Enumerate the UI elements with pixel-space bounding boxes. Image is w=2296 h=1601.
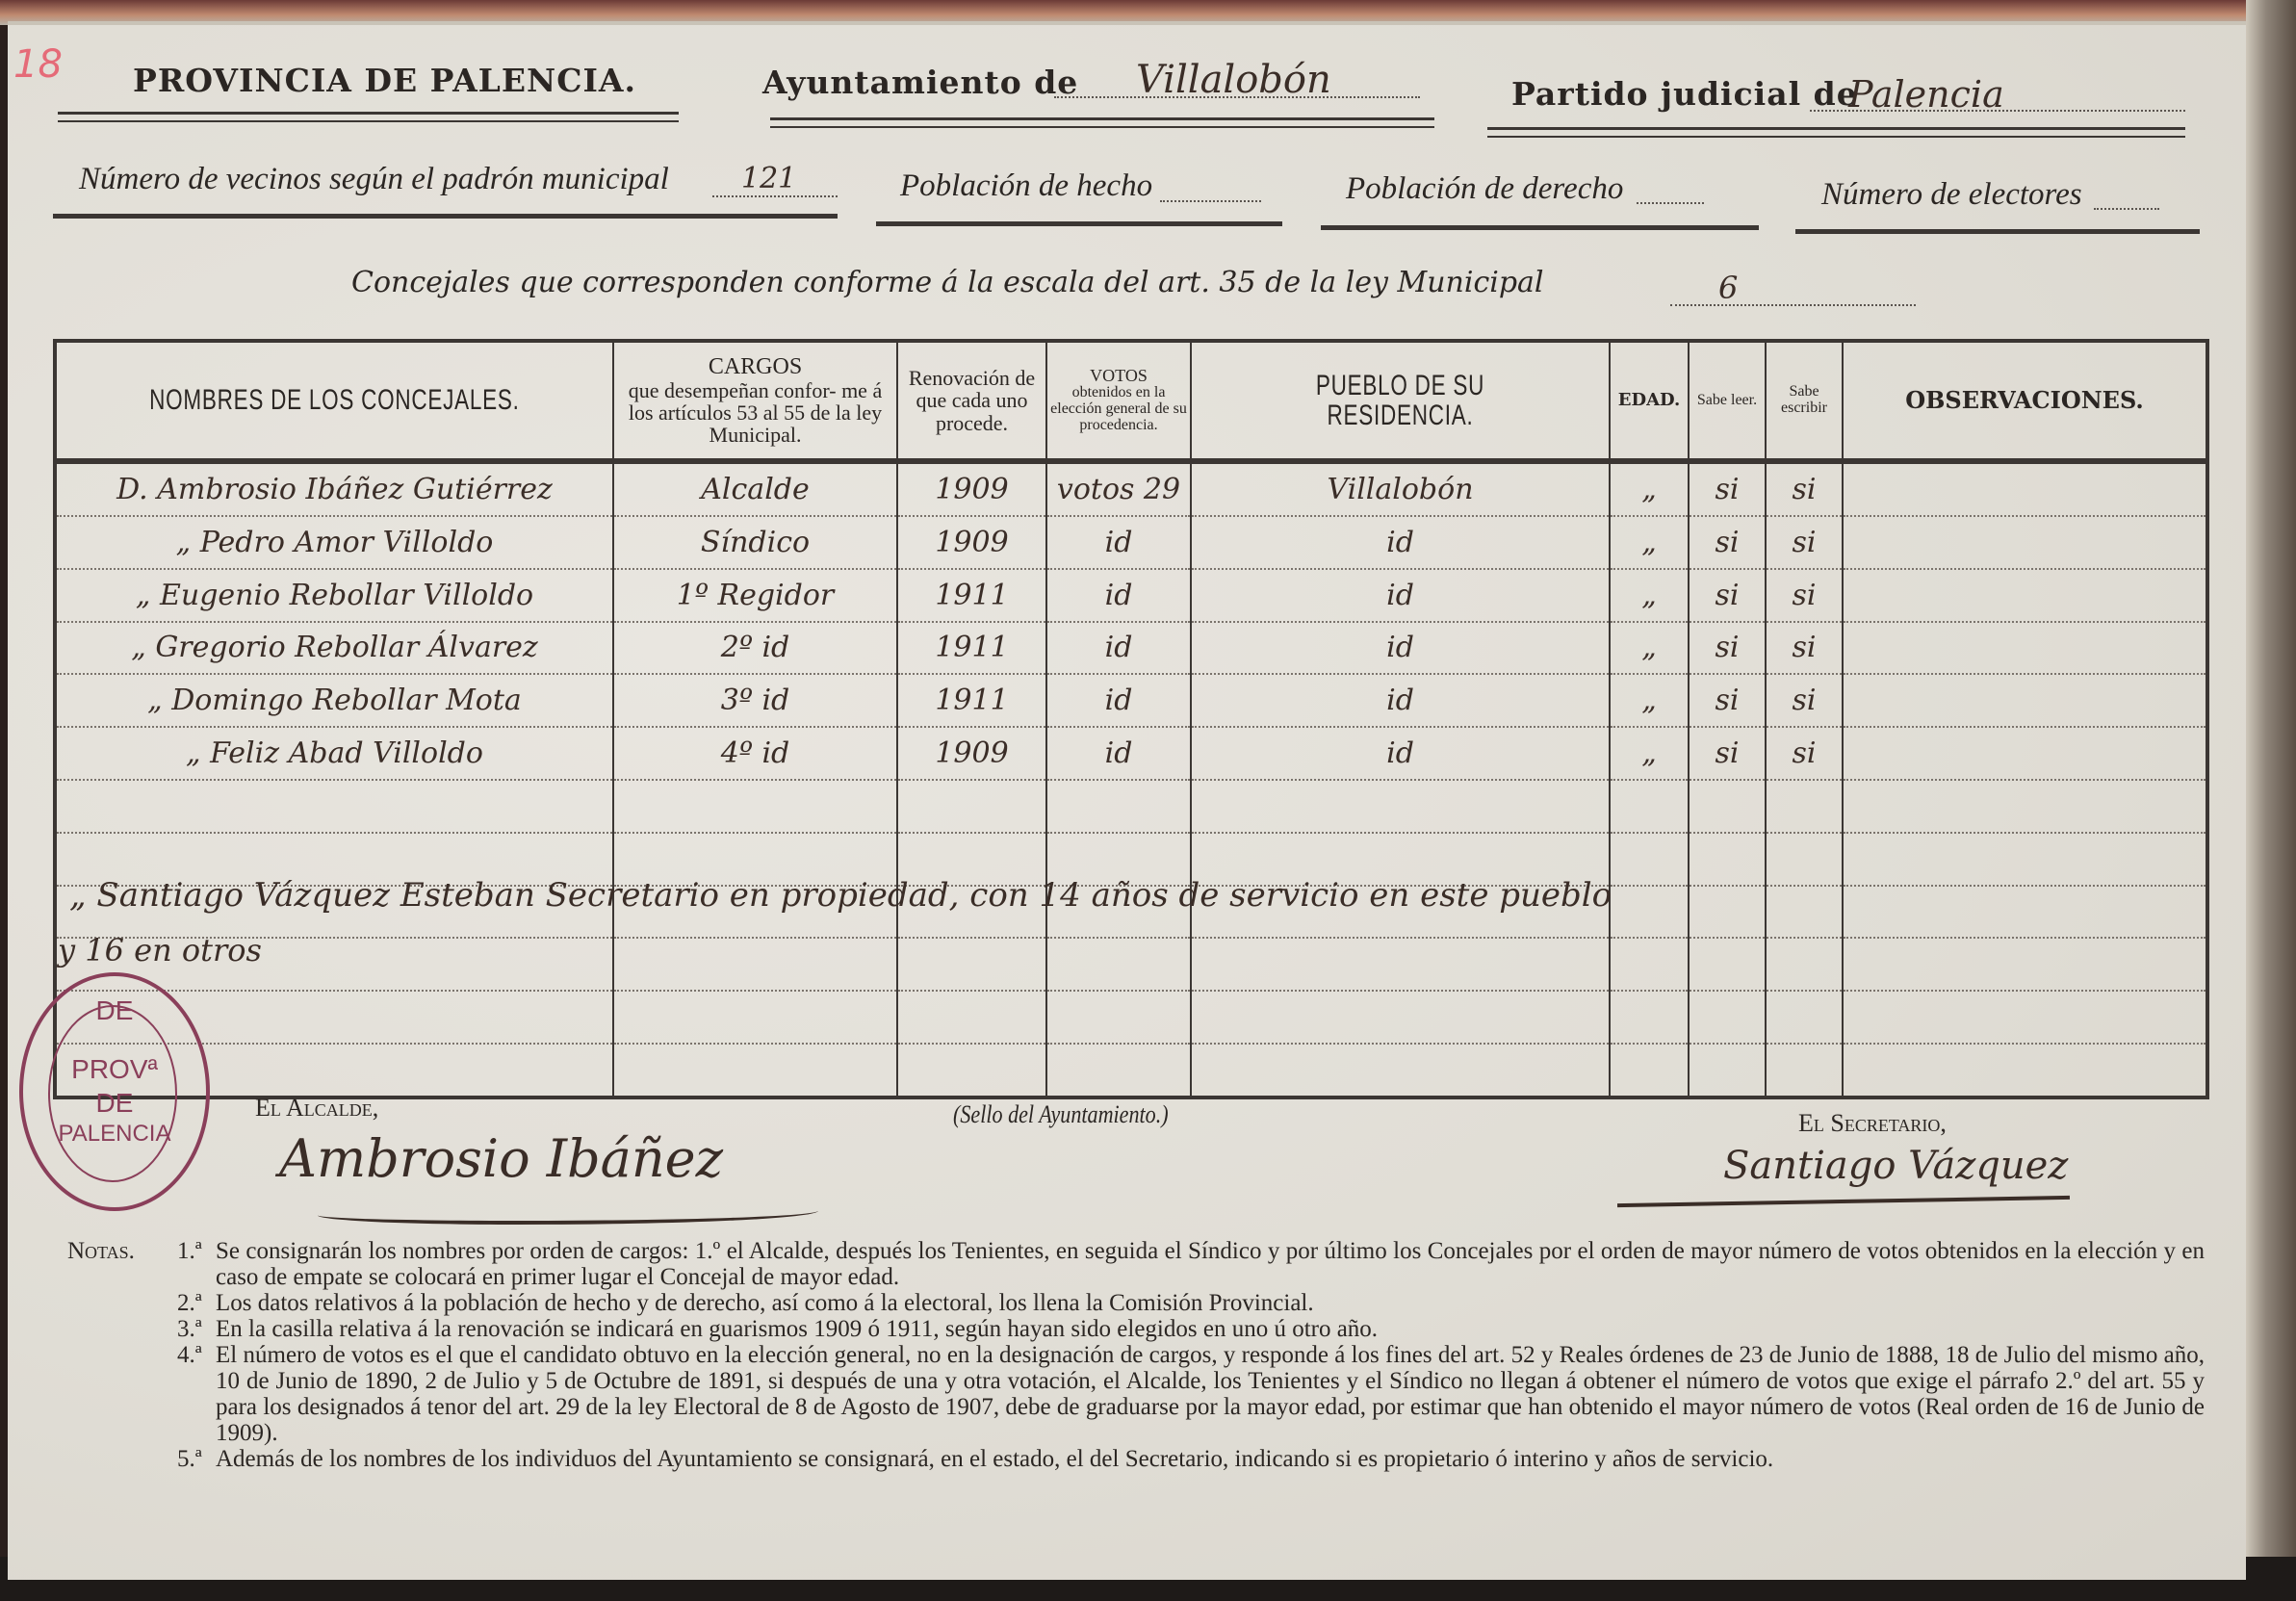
cell-escribir: si (1766, 622, 1843, 675)
cell-edad: „ (1610, 674, 1689, 727)
header-sabe-escribir: Sabe escribir (1766, 341, 1843, 461)
cell-renovacion: 1909 (897, 516, 1046, 569)
note-number: 4.ª (177, 1342, 216, 1446)
table-row: „ Gregorio Rebollar Álvarez 2º id 1911 i… (55, 622, 2207, 675)
cell-cargo: 3º id (613, 674, 897, 727)
cell-observaciones (1843, 461, 2207, 516)
cell-edad: „ (1610, 461, 1689, 516)
alcalde-label: El Alcalde, (255, 1094, 378, 1123)
cell-leer: si (1689, 516, 1766, 569)
divider (770, 117, 1434, 128)
cell-observaciones (1843, 516, 2207, 569)
notes-label: Notas. (67, 1238, 177, 1290)
cell-edad: „ (1610, 622, 1689, 675)
cell-observaciones (1843, 674, 2207, 727)
cell-nombre: „ Gregorio Rebollar Álvarez (55, 622, 613, 675)
note-text: El número de votos es el que el candidat… (216, 1342, 2205, 1446)
vecinos-value: 121 (741, 162, 796, 195)
cell-renovacion: 1909 (897, 727, 1046, 780)
table-row-empty (55, 938, 2207, 991)
poblacion-derecho-label: Población de derecho (1346, 171, 1623, 207)
cell-cargo: Síndico (613, 516, 897, 569)
vecinos-dotted-line (712, 195, 838, 197)
cell-leer: si (1689, 461, 1766, 516)
secretary-entry: „ Santiago Vázquez Esteban Secretario en… (69, 876, 1612, 915)
secretario-label: El Secretario, (1798, 1109, 1947, 1138)
cell-escribir: si (1766, 569, 1843, 622)
folio-number: 18 (13, 42, 63, 87)
cell-pueblo: id (1191, 569, 1610, 622)
cell-cargo: 4º id (613, 727, 897, 780)
table-header-row: NOMBRES DE LOS CONCEJALES. CARGOS que de… (55, 341, 2207, 461)
table-row: „ Domingo Rebollar Mota 3º id 1911 id id… (55, 674, 2207, 727)
cell-pueblo: id (1191, 674, 1610, 727)
poblacion-hecho-dotted-line (1160, 200, 1261, 202)
header-votos: VOTOS obtenidos en la elección general d… (1046, 341, 1191, 461)
header-pueblo: PUEBLO DE SU RESIDENCIA. (1191, 341, 1610, 461)
cell-nombre: „ Pedro Amor Villoldo (55, 516, 613, 569)
cell-leer: si (1689, 674, 1766, 727)
table-row-empty (55, 1044, 2207, 1097)
header-sabe-leer: Sabe leer. (1689, 341, 1766, 461)
cell-escribir: si (1766, 727, 1843, 780)
sello-label: (Sello del Ayuntamiento.) (953, 1100, 1169, 1129)
header-cargos: CARGOS que desempeñan confor- me á los a… (613, 341, 897, 461)
note-item: Notas. 1.ª Se consignarán los nombres po… (67, 1238, 2205, 1290)
note-item: 2.ª Los datos relativos á la población d… (67, 1290, 2205, 1316)
partido-label: Partido judicial de (1511, 75, 1858, 113)
note-item: 3.ª En la casilla relativa á la renovaci… (67, 1316, 2205, 1342)
note-item: 5.ª Además de los nombres de los individ… (67, 1446, 2205, 1472)
province-title: PROVINCIA DE PALENCIA. (133, 62, 636, 99)
cell-votos: id (1046, 516, 1191, 569)
cell-votos: id (1046, 727, 1191, 780)
cell-nombre: „ Feliz Abad Villoldo (55, 727, 613, 780)
alcalde-signature: Ambrosio Ibáñez (279, 1128, 723, 1189)
table-row: „ Feliz Abad Villoldo 4º id 1909 id id „… (55, 727, 2207, 780)
cell-observaciones (1843, 569, 2207, 622)
cell-leer: si (1689, 727, 1766, 780)
cell-nombre: D. Ambrosio Ibáñez Gutiérrez (55, 461, 613, 516)
table-row-empty (55, 991, 2207, 1044)
cell-escribir: si (1766, 516, 1843, 569)
concejales-table: NOMBRES DE LOS CONCEJALES. CARGOS que de… (53, 339, 2209, 1099)
cell-edad: „ (1610, 727, 1689, 780)
cell-renovacion: 1911 (897, 569, 1046, 622)
vecinos-label: Número de vecinos según el padrón munici… (79, 162, 669, 197)
cell-pueblo: Villalobón (1191, 461, 1610, 516)
divider (58, 112, 679, 122)
secretary-entry-cont: y 16 en otros (58, 932, 262, 968)
cell-pueblo: id (1191, 727, 1610, 780)
cell-pueblo: id (1191, 622, 1610, 675)
note-item: 4.ª El número de votos es el que el cand… (67, 1342, 2205, 1446)
note-number: 1.ª (177, 1238, 216, 1290)
cell-nombre: „ Domingo Rebollar Mota (55, 674, 613, 727)
seal-text: DE (23, 994, 206, 1027)
cell-renovacion: 1909 (897, 461, 1046, 516)
cell-votos: id (1046, 569, 1191, 622)
header-renovacion: Renovación de que cada uno procede. (897, 341, 1046, 461)
table-row: „ Eugenio Rebollar Villoldo 1º Regidor 1… (55, 569, 2207, 622)
notes-section: Notas. 1.ª Se consignarán los nombres po… (67, 1238, 2205, 1472)
seal-text: PROVª (23, 1052, 206, 1086)
header-observaciones: OBSERVACIONES. (1843, 341, 2207, 461)
poblacion-hecho-label: Población de hecho (900, 168, 1152, 204)
note-text: Los datos relativos á la población de he… (216, 1290, 2205, 1316)
note-number: 5.ª (177, 1446, 216, 1472)
partido-value: Palencia (1848, 73, 2004, 116)
concejales-escala-label: Concejales que corresponden conforme á l… (351, 266, 1544, 299)
cell-cargo: 2º id (613, 622, 897, 675)
note-text: Se consignarán los nombres por orden de … (216, 1238, 2205, 1290)
cell-cargo: 1º Regidor (613, 569, 897, 622)
cell-escribir: si (1766, 461, 1843, 516)
concejales-dotted-line (1670, 304, 1916, 306)
cell-leer: si (1689, 569, 1766, 622)
seal-text: PALENCIA (23, 1120, 206, 1149)
header-nombres: NOMBRES DE LOS CONCEJALES. (55, 341, 613, 461)
seal-text: DE (23, 1086, 206, 1120)
cell-escribir: si (1766, 674, 1843, 727)
cell-votos: id (1046, 674, 1191, 727)
poblacion-derecho-dotted-line (1637, 202, 1704, 204)
cell-edad: „ (1610, 516, 1689, 569)
cell-cargo: Alcalde (613, 461, 897, 516)
ayuntamiento-value: Villalobón (1136, 58, 1331, 102)
header-edad: EDAD. (1610, 341, 1689, 461)
cell-renovacion: 1911 (897, 622, 1046, 675)
cell-nombre: „ Eugenio Rebollar Villoldo (55, 569, 613, 622)
cell-renovacion: 1911 (897, 674, 1046, 727)
note-number: 3.ª (177, 1316, 216, 1342)
ayuntamiento-seal: DE PROVª DE PALENCIA (19, 972, 210, 1211)
table-row: „ Pedro Amor Villoldo Síndico 1909 id id… (55, 516, 2207, 569)
cell-observaciones (1843, 727, 2207, 780)
divider (1795, 229, 2200, 234)
book-right-edge (2246, 0, 2296, 1601)
electores-label: Número de electores (1821, 177, 2082, 213)
divider (1487, 127, 2185, 138)
cell-edad: „ (1610, 569, 1689, 622)
divider (1321, 225, 1759, 230)
cell-votos: id (1046, 622, 1191, 675)
cell-votos: votos 29 (1046, 461, 1191, 516)
note-number: 2.ª (177, 1290, 216, 1316)
table-row-empty (55, 780, 2207, 833)
cell-pueblo: id (1191, 516, 1610, 569)
cell-leer: si (1689, 622, 1766, 675)
ayuntamiento-label: Ayuntamiento de (762, 64, 1078, 101)
note-text: En la casilla relativa á la renovación s… (216, 1316, 2205, 1342)
note-text: Además de los nombres de los individuos … (216, 1446, 2205, 1472)
divider (53, 214, 838, 219)
cell-observaciones (1843, 622, 2207, 675)
concejales-value: 6 (1718, 270, 1738, 306)
divider (876, 221, 1282, 226)
table-row: D. Ambrosio Ibáñez Gutiérrez Alcalde 190… (55, 461, 2207, 516)
secretario-signature: Santiago Vázquez (1723, 1144, 2068, 1188)
electores-dotted-line (2094, 208, 2159, 210)
